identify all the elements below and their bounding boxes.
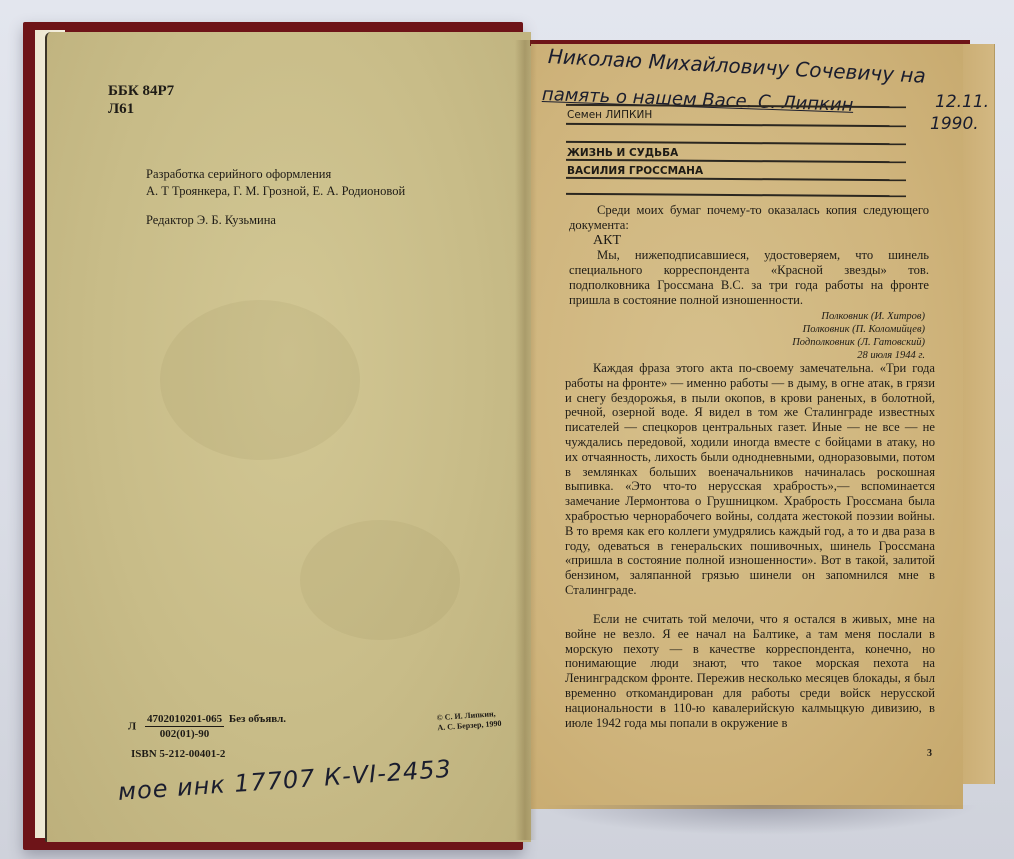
paragraph-text: Каждая фраза этого акта по-своему замеча… [565,361,935,598]
imprint-code: Л 4702010201-065 002(01)-90 Без объявл. [128,712,286,741]
isbn: ISBN 5-212-00401-2 [131,748,225,760]
imprint-prefix: Л [128,721,136,733]
intro-text: Среди моих бумаг почему-то оказалась коп… [569,203,929,233]
act-heading: АКТ [569,234,929,249]
handwritten-date-day: 12.11. [935,92,989,112]
act-signature: Полковник (И. Хитров) [569,310,929,323]
page-number: 3 [927,748,932,759]
book-title-line2: ВАСИЛИЯ ГРОССМАНА [567,165,703,177]
paragraph-text: Если не считать той мелочи, что я осталс… [565,612,935,730]
intro-section: Среди моих бумаг почему-то оказалась коп… [569,203,929,362]
body-paragraph-1: Каждая фраза этого акта по-своему замеча… [565,361,935,598]
act-signature: Полковник (П. Коломийцев) [569,323,929,336]
bbk-code: ББК 84Р7 [108,82,174,100]
book-title-line1: ЖИЗНЬ И СУДЬБА [567,147,678,159]
design-credit: Разработка серийного оформления А. Т Тро… [146,166,405,229]
design-credit-line2: А. Т Троянкера, Г. М. Грозной, Е. А. Род… [146,183,405,200]
body-paragraph-2: Если не считать той мелочи, что я осталс… [565,612,935,730]
author-name: Семен ЛИПКИН [567,109,652,121]
act-signature: Подполковник (Л. Гатовский) [569,336,929,349]
paper-stain [300,520,460,640]
design-credit-line1: Разработка серийного оформления [146,166,405,183]
classification-code: ББК 84Р7 Л61 [108,82,174,118]
page-shadow [540,805,980,835]
imprint-fraction: 4702010201-065 002(01)-90 [145,712,224,741]
act-date: 28 июля 1944 г. [569,349,929,362]
editor-credit: Редактор Э. Б. Кузьмина [146,212,405,229]
imprint-note: Без объявл. [229,713,286,725]
handwritten-date-year: 1990. [930,114,979,134]
imprint-denominator: 002(01)-90 [145,727,224,741]
paper-stain [160,300,360,460]
imprint-numerator: 4702010201-065 [145,712,224,727]
act-text: Мы, нижеподписавшиеся, удостоверяем, что… [569,248,929,307]
author-mark: Л61 [108,100,174,118]
book-gutter [515,40,537,840]
